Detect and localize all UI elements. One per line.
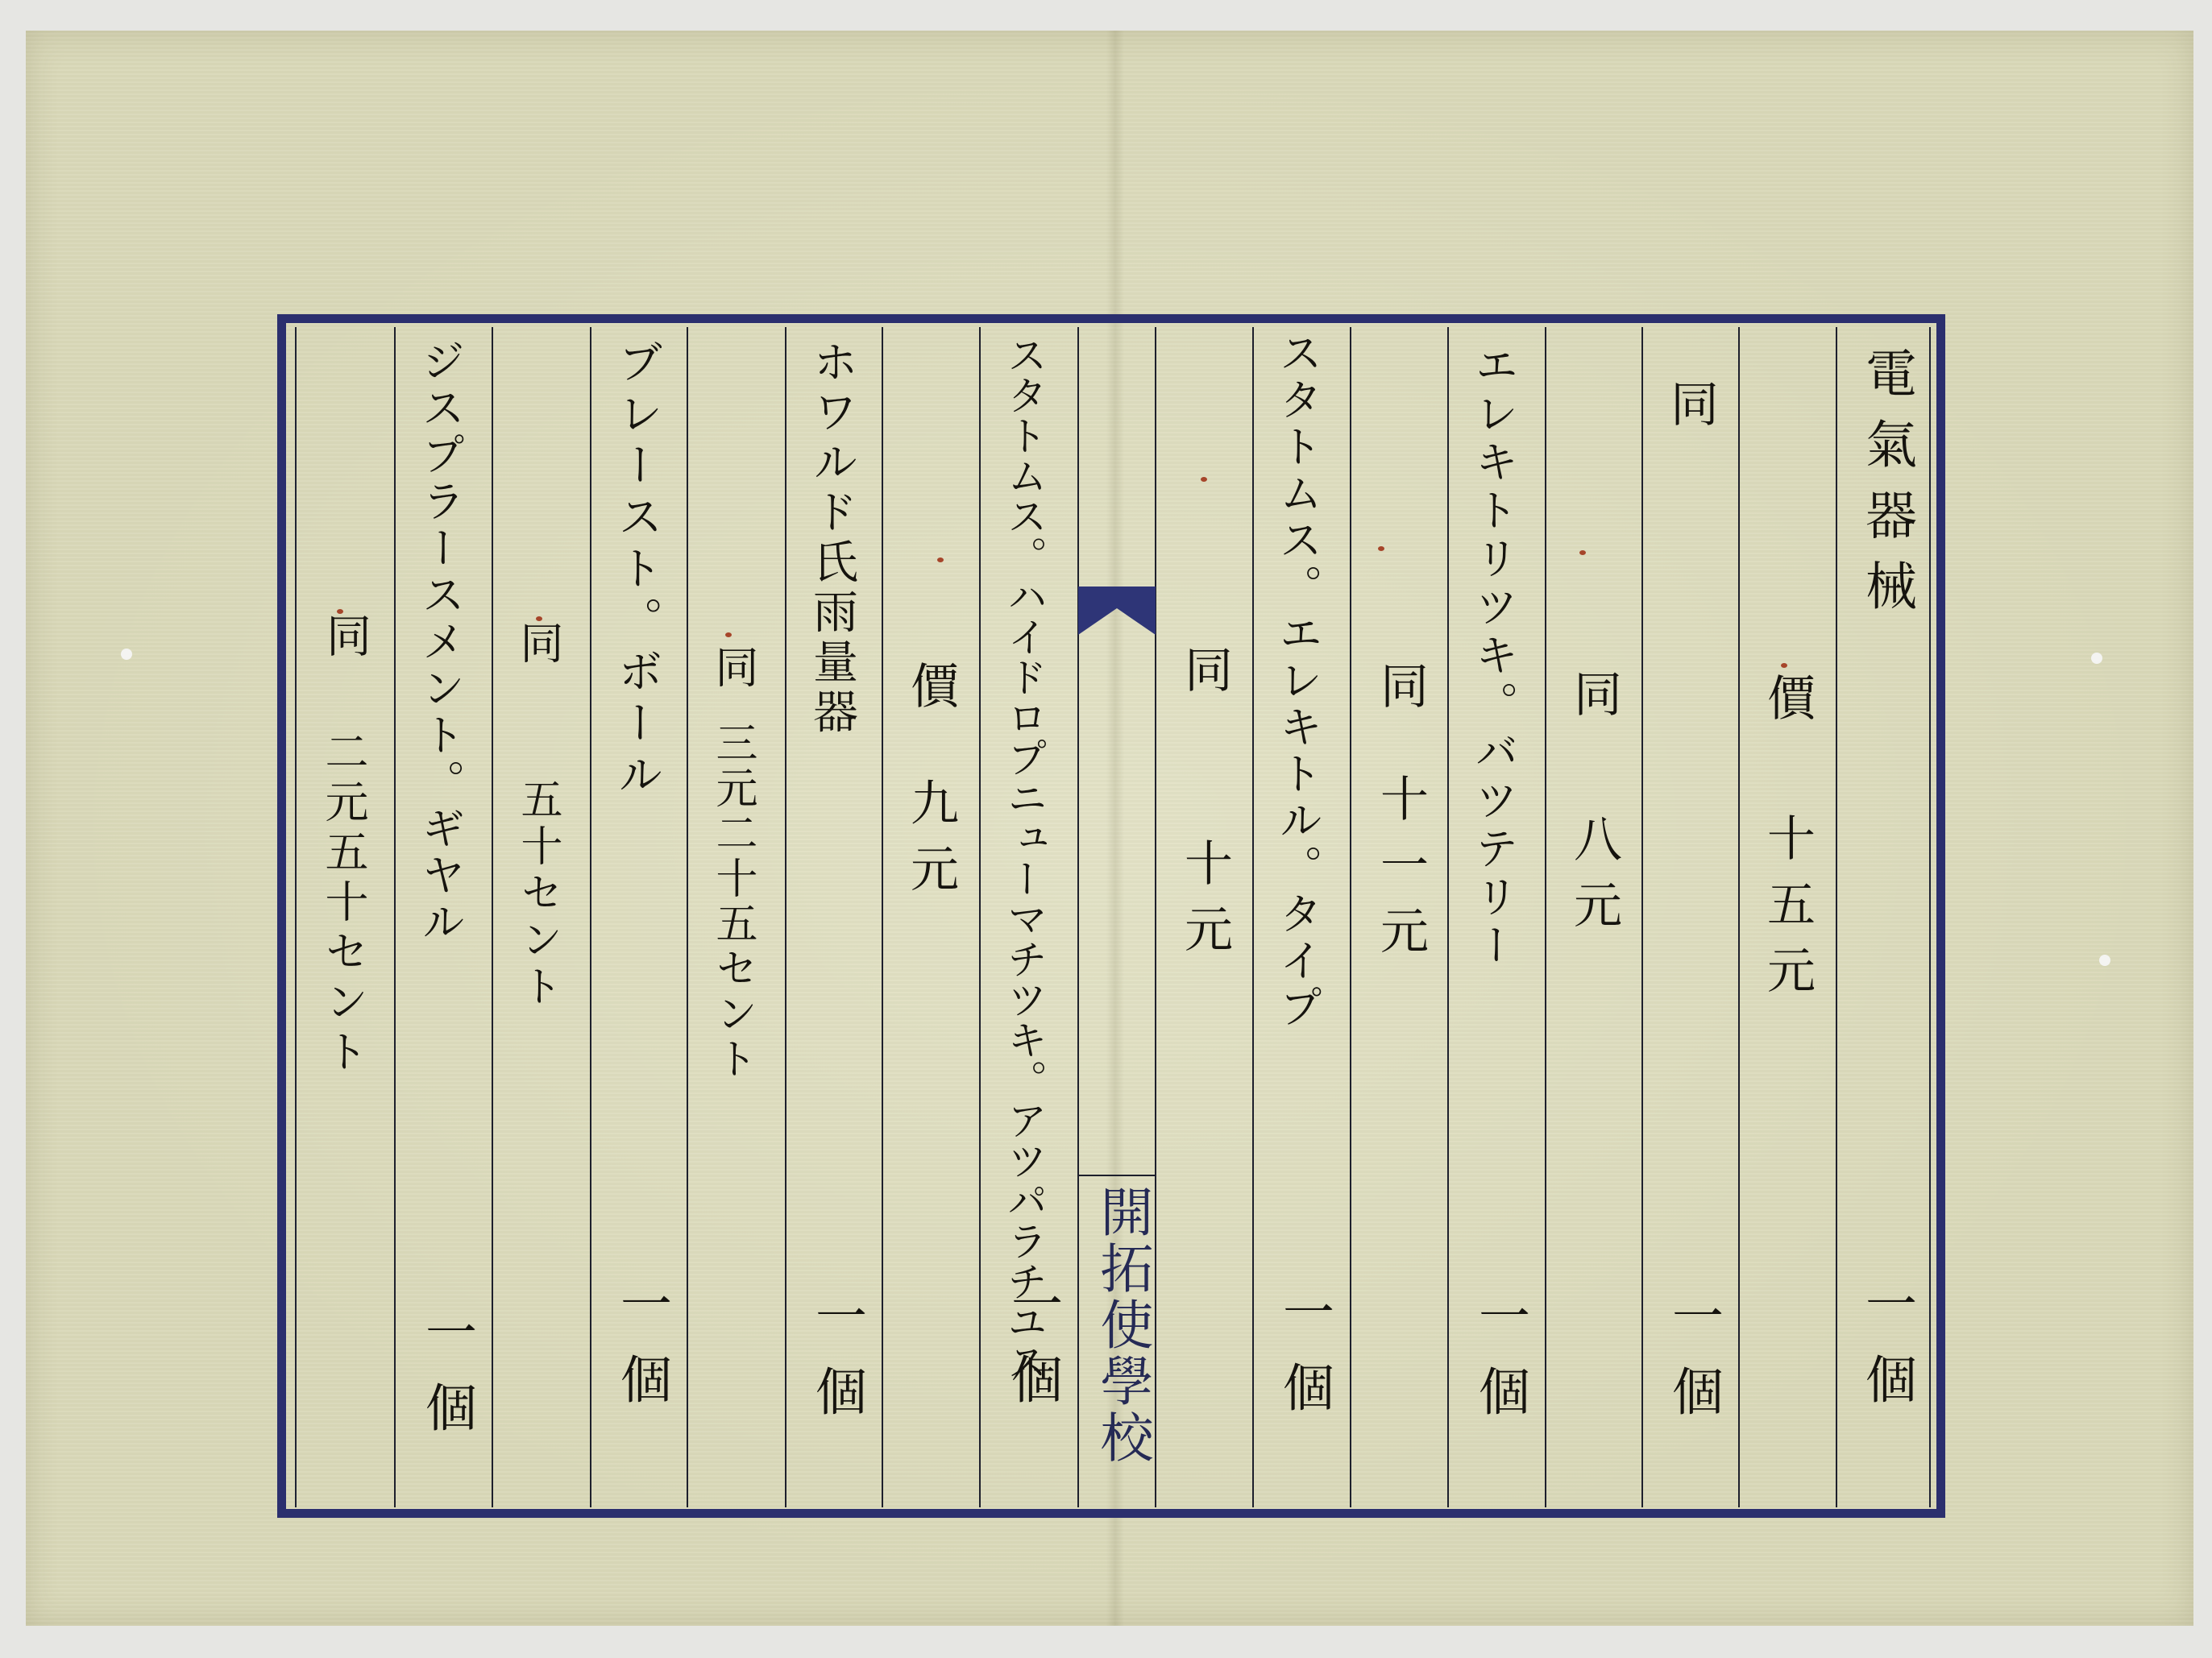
column-rule <box>394 327 396 1507</box>
quantity: 一個 <box>1267 1285 1341 1436</box>
item-name: スタトムス。ハイドロプニューマチツキ。アツパラチユス <box>995 334 1053 1382</box>
column-rule <box>785 327 786 1507</box>
school-name: 開拓使學校 <box>1084 1184 1160 1466</box>
column-rule <box>1641 327 1643 1507</box>
quantity: 一個 <box>409 1305 483 1457</box>
item-name: エレキトリツキ。バツテリー <box>1463 342 1525 971</box>
ditto-mark: 同 <box>703 645 765 693</box>
price: 五十セント <box>508 777 568 1011</box>
column-rule <box>979 327 981 1507</box>
ditto-mark: 同 <box>1656 379 1725 445</box>
column-rule <box>882 327 883 1507</box>
binding-hole <box>2099 955 2110 966</box>
price: 九元 <box>896 777 965 910</box>
heading-electrical-apparatus: 電氣器械 <box>1849 346 1924 630</box>
column-rule <box>1252 327 1254 1507</box>
quantity: 一個 <box>604 1277 679 1428</box>
red-mark <box>937 558 944 562</box>
red-mark <box>1781 663 1787 668</box>
ditto-mark: 同 <box>1366 661 1435 727</box>
red-mark <box>1378 546 1384 551</box>
price: 價 十五元 <box>1753 673 1822 1011</box>
quantity: 一個 <box>1656 1289 1730 1440</box>
red-mark <box>1201 477 1207 482</box>
binding-hole <box>121 649 132 660</box>
price: 十元 <box>1170 838 1239 970</box>
column-rule <box>1738 327 1740 1507</box>
item-name: スタトムス。エレキトル。タイプ <box>1267 330 1329 1031</box>
item-name: ジスプラースメント。ギヤル <box>409 338 471 946</box>
column-rule <box>1447 327 1449 1507</box>
quantity: 一個 <box>1849 1277 1924 1428</box>
column-rule <box>1350 327 1351 1507</box>
ditto-mark: 同 <box>508 620 570 682</box>
column-rule <box>1836 327 1837 1507</box>
quantity: 一個 <box>995 1277 1069 1428</box>
red-mark <box>536 616 542 621</box>
ditto-mark: 同 <box>1559 669 1629 735</box>
binding-hole <box>2091 653 2102 664</box>
column-rule <box>687 327 688 1507</box>
red-mark <box>337 609 343 614</box>
red-mark <box>725 632 732 637</box>
column-rule <box>1545 327 1546 1507</box>
column-rule <box>492 327 493 1507</box>
item-name: ブレースト。ボール <box>604 338 669 802</box>
price: 八元 <box>1559 814 1629 946</box>
quantity: 一個 <box>799 1289 874 1440</box>
quantity: 一個 <box>1463 1289 1537 1440</box>
item-name: ホワルド氏雨量器 <box>799 338 864 738</box>
red-mark <box>1579 550 1586 555</box>
price: 二元五十セント <box>313 729 375 1079</box>
column-rule <box>590 327 591 1507</box>
ditto-mark: 同 <box>313 612 377 675</box>
price-label: 價 <box>896 661 965 727</box>
price: 三元二十五セント <box>703 721 763 1082</box>
ditto-mark: 同 <box>1170 645 1239 711</box>
price: 十一元 <box>1366 773 1435 972</box>
